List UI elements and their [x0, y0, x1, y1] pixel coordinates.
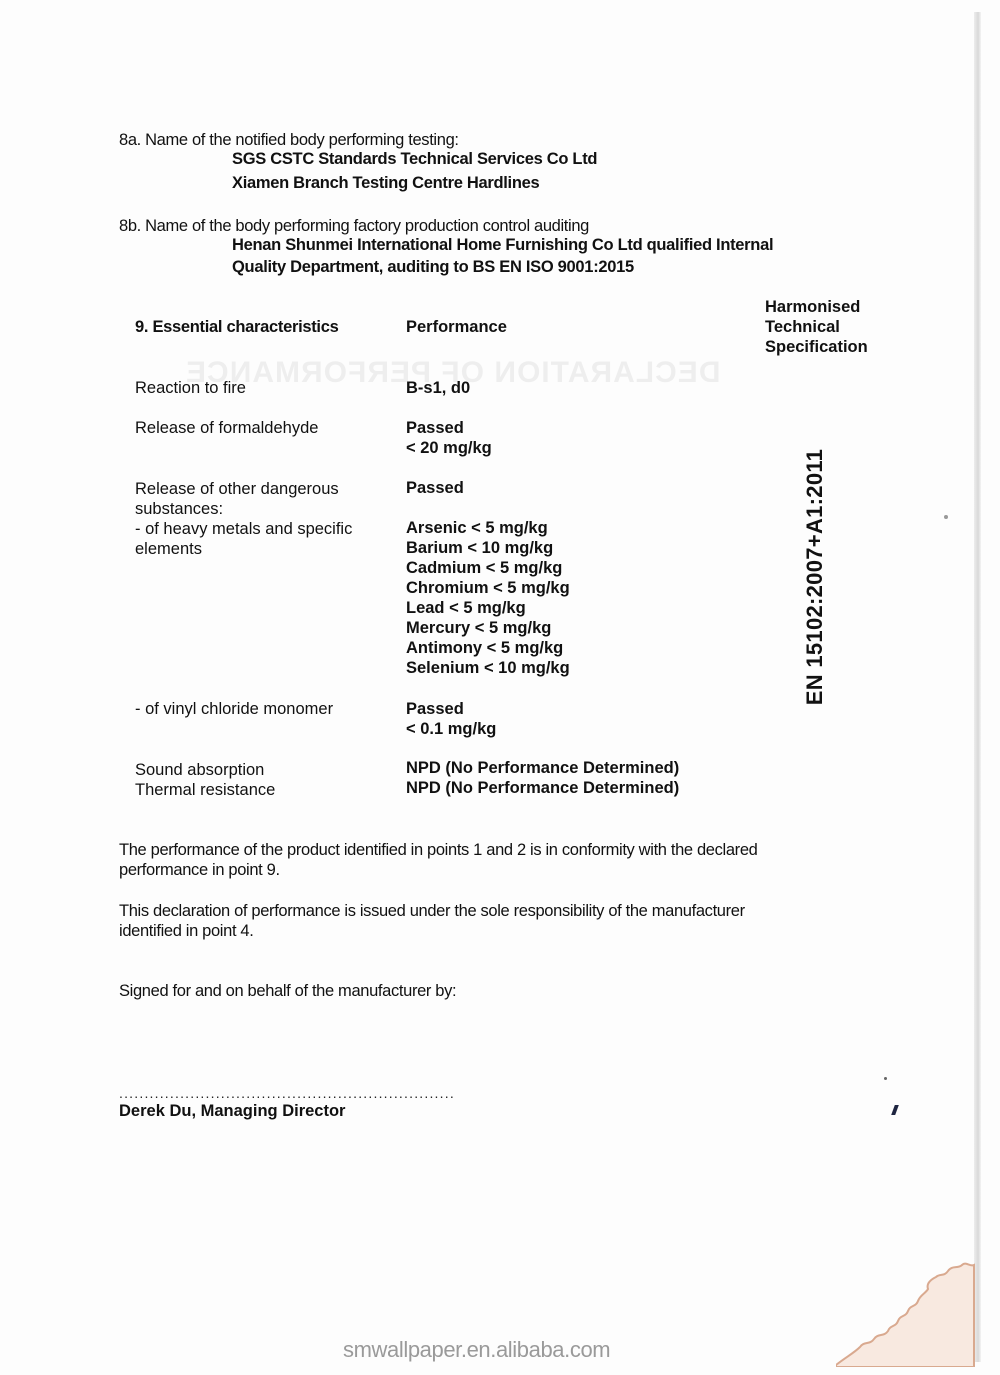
paper-speck [944, 515, 948, 519]
heavy-metal-chromium: Chromium < 5 mg/kg [406, 578, 570, 598]
heavy-metal-lead: Lead < 5 mg/kg [406, 598, 570, 618]
heavy-metal-mercury: Mercury < 5 mg/kg [406, 618, 570, 638]
ink-mark [891, 1105, 899, 1115]
heavy-metal-antimony: Antimony < 5 mg/kg [406, 638, 570, 658]
watermark: smwallpaper.en.alibaba.com [343, 1337, 610, 1363]
conformity-statement: The performance of the product identifie… [119, 840, 757, 880]
perf-dangerous-substances: Passed Arsenic < 5 mg/kg Barium < 10 mg/… [406, 478, 570, 678]
notified-body-name: SGS CSTC Standards Technical Services Co… [232, 150, 597, 169]
heavy-metal-barium: Barium < 10 mg/kg [406, 538, 570, 558]
perf-sound-thermal: NPD (No Performance Determined) NPD (No … [406, 758, 679, 798]
notified-body-branch: Xiamen Branch Testing Centre Hardlines [232, 174, 539, 193]
header-performance: Performance [406, 318, 507, 337]
heavy-metal-cadmium: Cadmium < 5 mg/kg [406, 558, 570, 578]
ink-dot [884, 1077, 887, 1080]
signature-line: ........................................… [119, 1085, 455, 1101]
header-harmonised-spec: Harmonised Technical Specification [765, 297, 868, 357]
section-8a-label: 8a. Name of the notified body performing… [119, 131, 459, 150]
harmonised-spec-vertical: EN 15102:2007+A1:2011 [802, 449, 828, 705]
char-reaction-to-fire: Reaction to fire [135, 379, 246, 398]
water-stain [836, 1257, 976, 1367]
responsibility-statement: This declaration of performance is issue… [119, 901, 745, 941]
char-sound-thermal: Sound absorption Thermal resistance [135, 760, 275, 800]
fpc-body-line-2: Quality Department, auditing to BS EN IS… [232, 258, 634, 277]
char-formaldehyde: Release of formaldehyde [135, 419, 318, 438]
perf-formaldehyde: Passed < 20 mg/kg [406, 418, 492, 458]
section-8b-label: 8b. Name of the body performing factory … [119, 217, 589, 236]
header-essential-characteristics: 9. Essential characteristics [135, 318, 338, 337]
signatory-name: Derek Du, Managing Director [119, 1102, 345, 1121]
perf-reaction-to-fire: B-s1, d0 [406, 379, 470, 398]
perf-vinyl-chloride: Passed < 0.1 mg/kg [406, 699, 496, 739]
page-edge [974, 12, 981, 1362]
heavy-metal-arsenic: Arsenic < 5 mg/kg [406, 518, 570, 538]
heavy-metal-selenium: Selenium < 10 mg/kg [406, 658, 570, 678]
char-vinyl-chloride: - of vinyl chloride monomer [135, 700, 333, 719]
fpc-body-line-1: Henan Shunmei International Home Furnish… [232, 236, 773, 255]
char-dangerous-substances: Release of other dangerous substances: -… [135, 479, 352, 559]
signed-label: Signed for and on behalf of the manufact… [119, 982, 456, 1001]
